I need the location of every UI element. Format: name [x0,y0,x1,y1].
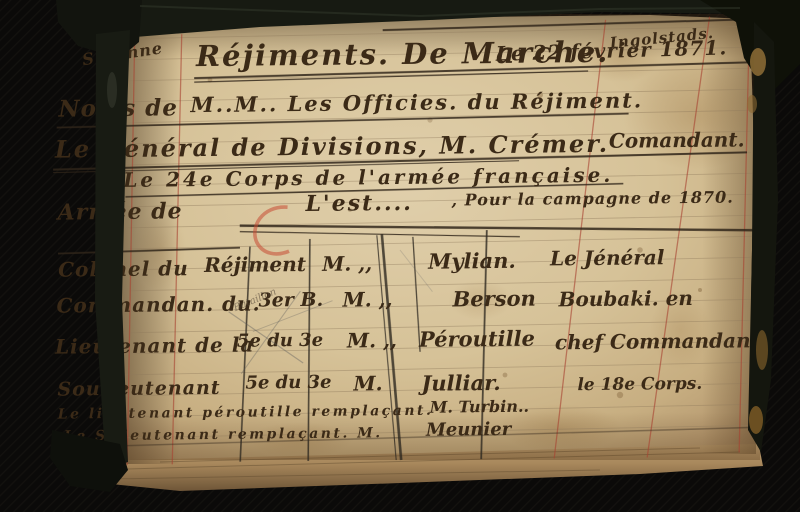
worn-gold-spot-4 [749,406,763,434]
row3-unit: 5e du 3e [245,372,331,394]
row2-name: Péroutille [418,326,535,352]
army-value-text: L'est.... [304,190,413,217]
row2-unit: 5e du 3e [237,330,323,352]
row1-note: Boubaki. en [557,286,693,311]
row0-name: Mylian. [427,248,516,274]
row1-role: Commandan. du. [56,291,260,317]
row4-name: M. Turbin.. [429,397,530,417]
row2-honorific: M. ,, [346,328,397,353]
leather-sheen-left [107,72,117,108]
general-role-text: Comandant. [609,127,745,152]
row0-note: Le Jénéral [549,245,665,270]
row2-note: chef Commandan [555,328,751,354]
corps-line-text: Le 24e Corps de l'armée française. [122,163,613,192]
row2-role: Lieutenant de la [54,333,255,359]
row3-note: le 18e Corps. [577,374,702,395]
campaign-note-text: , Pour la campagne de 1870. [450,188,733,210]
worn-gold-spot-3 [756,330,768,370]
row3-honorific: M. [352,371,382,395]
row3-role: Soulieutenant [57,377,220,401]
row3-name: Julliar. [417,370,500,396]
subtitle-right-text: M..M.. Les Officies. du Réjiment. [189,87,643,117]
row1-name: Berson [451,286,536,312]
row1-honorific: M. ,, [341,287,392,312]
row0-unit: Réjiment [203,252,307,277]
photo-of-notebook: S. Jenne Ingolstads. Réjiments. De March… [0,0,800,512]
row0-honorific: M. ,, [321,251,372,276]
manuscript-scene: S. Jenne Ingolstads. Réjiments. De March… [0,0,800,512]
row5-name: Meunier [425,419,513,441]
worn-gold-spot-2 [747,95,757,113]
general-line-text: Le Général de Divisions, M. Crémer. [54,129,609,164]
row0-role: Colonel du [58,256,189,281]
worn-gold-spot-1 [750,48,766,76]
